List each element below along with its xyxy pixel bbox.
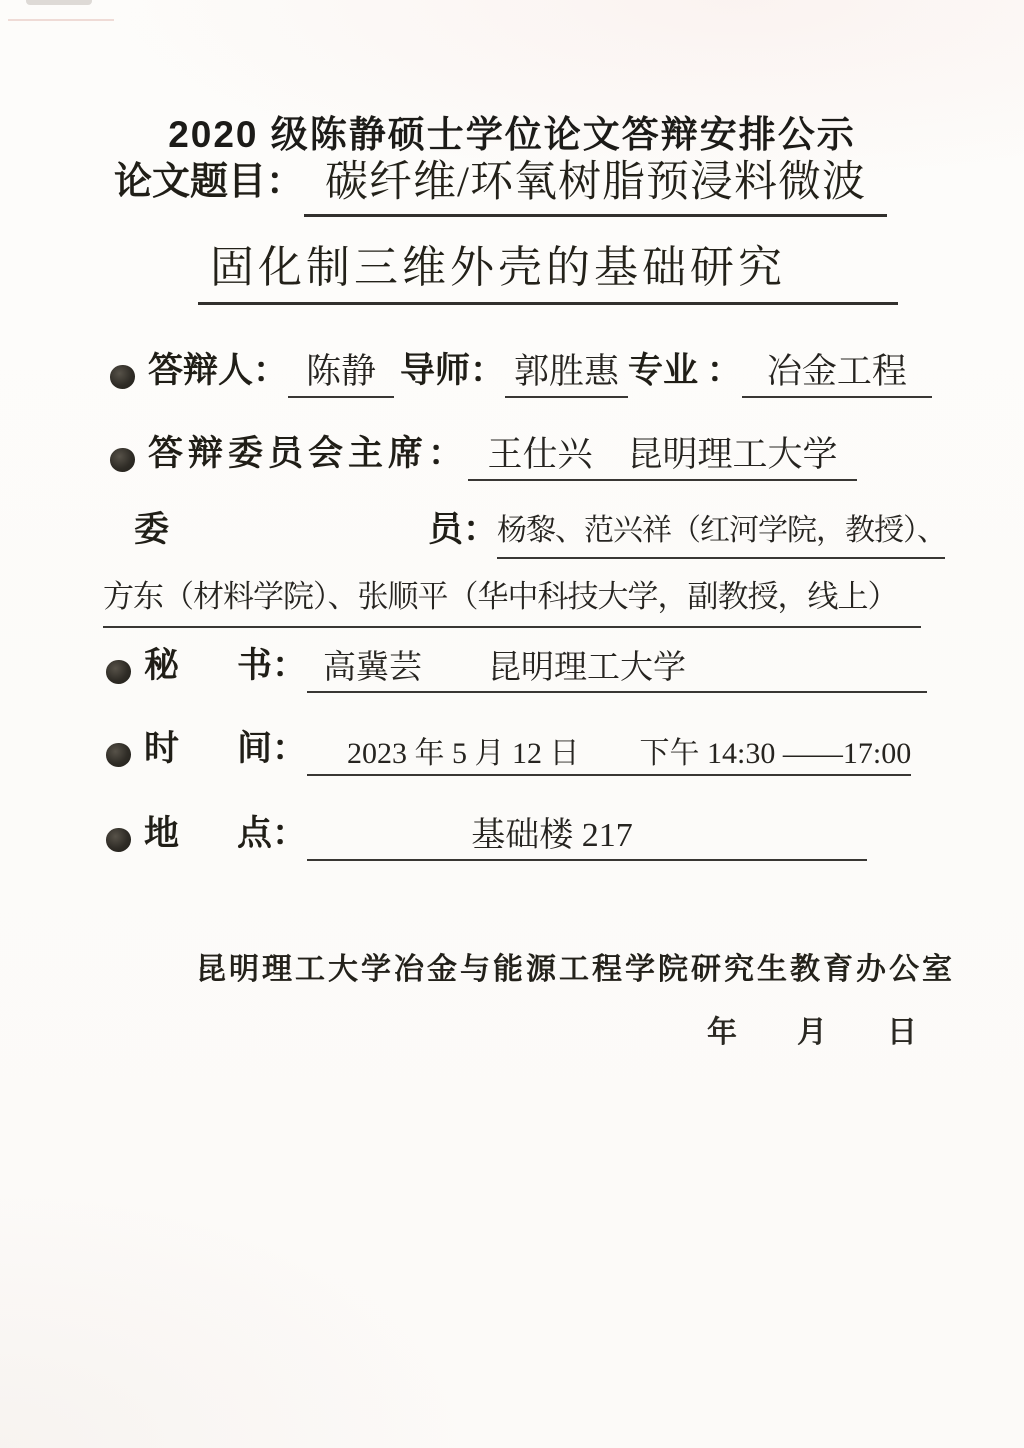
secretary-label-left: 秘 <box>144 644 179 693</box>
members-value-line2: 方东（材料学院）、张顺平（华中科技大学，副教授，线上） <box>103 576 921 628</box>
secretary-label-right: 书： <box>237 644 307 693</box>
secretary-value: 高冀芸 昆明理工大学 <box>307 647 927 693</box>
bullet-icon <box>106 660 131 684</box>
time-row: 时 间： 2023 年 5 月 12 日 下午 14:30 ——17:00 <box>106 727 860 776</box>
thesis-defense-notice-page: 2020 级陈静硕士学位论文答辩安排公示 论文题目： 碳纤维/环氧树脂预浸料微波… <box>0 0 1024 1448</box>
place-value: 基础楼 217 <box>307 814 867 861</box>
place-row: 地 点： 基础楼 217 <box>106 812 867 861</box>
bullet-icon <box>110 448 135 472</box>
members-label-left: 委 <box>134 508 169 557</box>
scan-artifact-line <box>8 19 114 21</box>
committee-members-row: 委 员： 杨黎、范兴祥（红河学院，教授）、 <box>112 509 945 559</box>
members-value-line1: 杨黎、范兴祥（红河学院，教授）、 <box>497 511 945 559</box>
committee-chair-value: 王仕兴 昆明理工大学 <box>468 432 857 481</box>
thesis-title-line1: 碳纤维/环氧树脂预浸料微波 <box>304 156 887 217</box>
bullet-icon <box>106 743 131 767</box>
year-label: 年 <box>707 1007 737 1051</box>
day-label: 日 <box>887 1007 917 1051</box>
defender-value: 陈静 <box>288 349 394 398</box>
defender-label: 答辩人： <box>148 349 288 398</box>
time-label-left: 时 <box>144 727 179 776</box>
thesis-title-label: 论文题目： <box>114 159 304 217</box>
issuing-office: 昆明理工大学冶金与能源工程学院研究生教育办公室 <box>196 944 955 988</box>
advisor-value: 郭胜惠 <box>505 349 628 398</box>
committee-chair-row: 答辩委员会主席： 王仕兴 昆明理工大学 <box>110 432 857 481</box>
time-value: 2023 年 5 月 12 日 下午 14:30 ——17:00 <box>307 734 911 776</box>
scan-artifact-corner <box>26 0 92 5</box>
members-label-right: 员： <box>428 508 498 557</box>
major-label: 专业 ： <box>628 349 742 398</box>
thesis-title-row: 论文题目： 碳纤维/环氧树脂预浸料微波 <box>114 156 887 217</box>
bullet-icon <box>110 365 135 389</box>
secretary-row: 秘 书： 高冀芸 昆明理工大学 <box>106 644 927 693</box>
page-title: 2020 级陈静硕士学位论文答辩安排公示 <box>0 104 1024 158</box>
thesis-title-line2: 固化制三维外壳的基础研究 <box>198 243 898 305</box>
month-label: 月 <box>797 1007 827 1051</box>
date-placeholder-line: 年 月 日 <box>707 1007 917 1051</box>
committee-chair-label: 答辩委员会主席： <box>148 432 468 481</box>
major-value: 冶金工程 <box>742 349 932 398</box>
defender-row: 答辩人： 陈静 导师： 郭胜惠 专业 ： 冶金工程 <box>110 349 932 398</box>
bullet-icon <box>106 828 131 852</box>
time-label-right: 间： <box>237 727 307 776</box>
advisor-label: 导师： <box>400 349 505 398</box>
place-label-left: 地 <box>144 812 179 861</box>
place-label-right: 点： <box>237 812 307 861</box>
